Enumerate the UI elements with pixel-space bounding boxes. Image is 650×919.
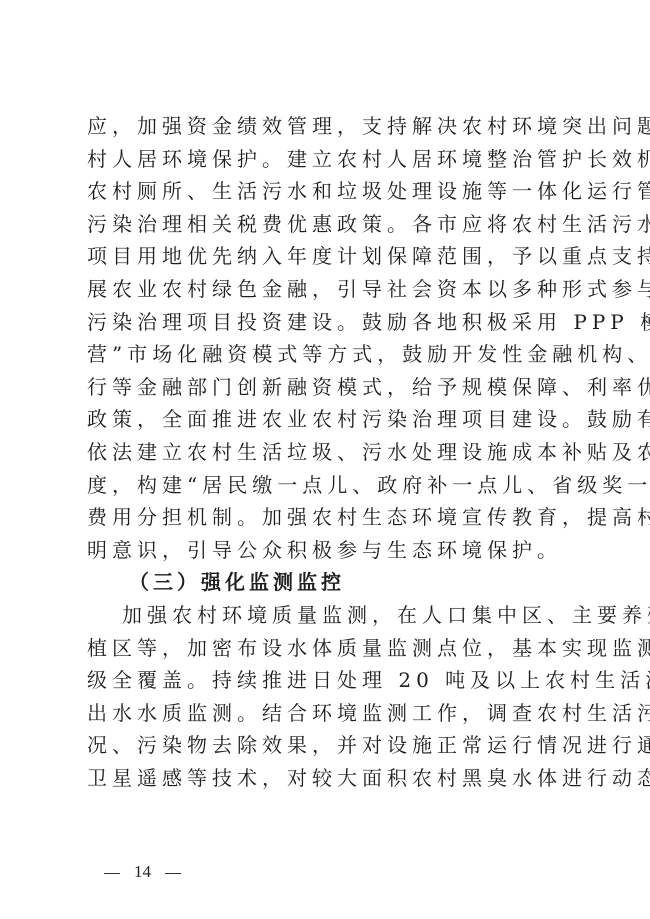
document-page: 应，加强资金绩效管理，支持解决农村环境突出问题，推动农 村人居环境保护。建立农村… bbox=[0, 0, 650, 919]
text-line: 费用分担机制。加强农村生态环境宣传教育，提高村民生态文 bbox=[87, 501, 577, 534]
text-line: 营”市场化融资模式等方式，鼓励开发性金融机构、政策性银 bbox=[87, 338, 577, 371]
text-line: 依法建立农村生活垃圾、污水处理设施成本补贴及农户付费制 bbox=[87, 436, 577, 469]
text-line: 农村厕所、生活污水和垃圾处理设施等一体化运行管护。落实 bbox=[87, 175, 577, 208]
text-line: 植区等，加密布设水体质量监测点位，基本实现监测点位区县 bbox=[87, 632, 577, 665]
text-line: 卫星遥感等技术，对较大面积农村黑臭水体进行动态排查；对 bbox=[87, 762, 577, 795]
text-line: 况、污染物去除效果，并对设施正常运行情况进行通报。采用 bbox=[87, 729, 577, 762]
text-line: 政策，全面推进农业农村污染治理项目建设。鼓励有条件地区 bbox=[87, 403, 577, 436]
text-line: 行等金融部门创新融资模式，给予规模保障、利率优惠等倾斜 bbox=[87, 371, 577, 404]
text-line: 级全覆盖。持续推进日处理 20 吨及以上农村生活污水处理设施 bbox=[87, 664, 577, 697]
section-heading: （三）强化监测监控 bbox=[87, 566, 577, 599]
text-line: 出水水质监测。结合环境监测工作，调查农村生活污水收集情 bbox=[87, 697, 577, 730]
paragraph-first-line: 加强农村环境质量监测，在人口集中区、主要养殖区和种 bbox=[87, 599, 577, 632]
text-line: 村人居环境保护。建立农村人居环境整治管护长效机制，推动 bbox=[87, 143, 577, 176]
text-line: 明意识，引导公众积极参与生态环境保护。 bbox=[87, 534, 577, 567]
dash-left bbox=[104, 873, 120, 874]
text-line: 应，加强资金绩效管理，支持解决农村环境突出问题，推动农 bbox=[87, 110, 577, 143]
text-line: 展农业农村绿色金融，引导社会资本以多种形式参与农业农村 bbox=[87, 273, 577, 306]
dash-right bbox=[165, 873, 181, 874]
text-line: 污染治理相关税费优惠政策。各市应将农村生活污水处理设施 bbox=[87, 208, 577, 241]
page-number-value: 14 bbox=[134, 862, 151, 882]
body-text: 应，加强资金绩效管理，支持解决农村环境突出问题，推动农 村人居环境保护。建立农村… bbox=[87, 110, 577, 794]
text-line: 项目用地优先纳入年度计划保障范围，予以重点支持。大力发 bbox=[87, 240, 577, 273]
page-number: 14 bbox=[87, 842, 181, 902]
text-line: 度，构建“居民缴一点儿、政府补一点儿、省级奖一点儿”的 bbox=[87, 469, 577, 502]
text-line: 污染治理项目投资建设。鼓励各地积极采用 PPP 模式、“特许经 bbox=[87, 306, 577, 339]
